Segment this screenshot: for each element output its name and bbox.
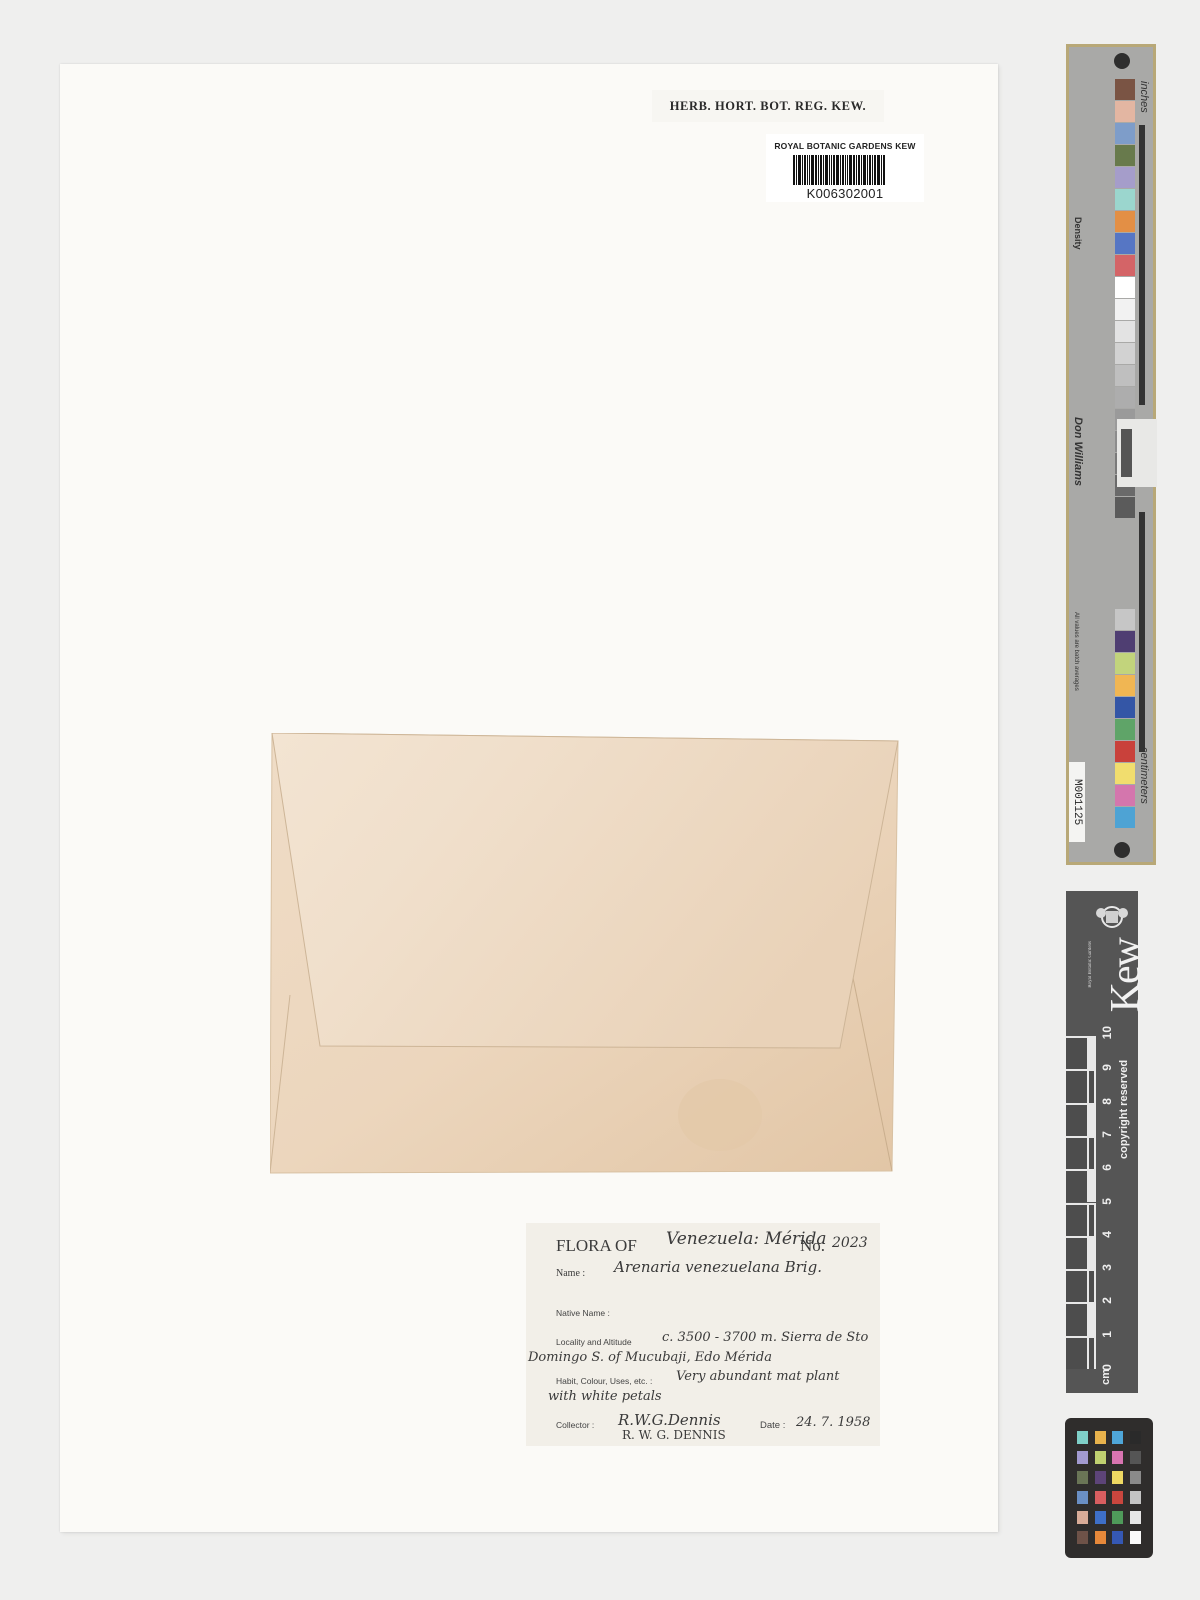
- ruler-color-patch: [1115, 321, 1135, 342]
- collector-label: Collector :: [556, 1420, 594, 1430]
- scale-strip-dark: [1089, 1205, 1094, 1236]
- number-value: 2023: [832, 1235, 868, 1251]
- ruler-color-patch: [1115, 631, 1135, 652]
- scale-block: [1066, 1236, 1087, 1269]
- kew-subtitle: Royal Botanic Gardens: [1088, 941, 1093, 988]
- ruler-color-patch: [1115, 101, 1135, 122]
- scale-block: [1066, 1169, 1087, 1202]
- color-swatch: [1112, 1491, 1123, 1504]
- color-swatch: [1130, 1531, 1141, 1544]
- ruler-color-patch: [1115, 807, 1135, 828]
- color-swatch: [1112, 1511, 1123, 1524]
- scale-digit: 8: [1100, 1098, 1116, 1105]
- ruler-color-patch: [1115, 299, 1135, 320]
- color-swatch: [1077, 1431, 1088, 1444]
- flora-of-heading: FLORA OF: [556, 1236, 637, 1256]
- ruler-color-patch: [1115, 653, 1135, 674]
- collection-label: FLORA OF Venezuela: Mérida No. 2023 Name…: [526, 1223, 880, 1446]
- scale-block: [1066, 1069, 1087, 1102]
- barcode-number: K006302001: [807, 186, 884, 201]
- scale-strip: [1087, 1236, 1096, 1269]
- scale-digit: 1: [1100, 1331, 1116, 1338]
- ruler-color-patch: [1115, 211, 1135, 232]
- scale-strip: [1087, 1302, 1096, 1335]
- scale-strip-dark: [1089, 1271, 1094, 1302]
- scale-block: [1066, 1136, 1087, 1169]
- habit-label: Habit, Colour, Uses, etc. :: [556, 1376, 652, 1386]
- locality-value-1: c. 3500 - 3700 m. Sierra de Sto: [662, 1330, 868, 1345]
- ruler-color-patch: [1115, 79, 1135, 100]
- scale-strip-dark: [1089, 1138, 1094, 1169]
- scale-block: [1066, 1269, 1087, 1302]
- color-swatch: [1095, 1451, 1106, 1464]
- scale-digit: 4: [1100, 1231, 1116, 1238]
- ruler-hole-icon: [1114, 53, 1130, 69]
- scale-digit: 9: [1100, 1064, 1116, 1071]
- ruler-color-patch: [1115, 741, 1135, 762]
- name-label: Name :: [556, 1268, 585, 1279]
- scale-unit: cm: [1100, 1369, 1116, 1385]
- barcode-institution: ROYAL BOTANIC GARDENS KEW: [774, 141, 915, 151]
- ruler-note-text: All values are batch averages: [1073, 612, 1079, 691]
- scale-block: [1066, 1103, 1087, 1136]
- collector-signature: R.W.G.Dennis: [618, 1411, 721, 1429]
- ruler-color-patch: [1115, 145, 1135, 166]
- ruler-color-patch: [1115, 255, 1135, 276]
- color-swatch: [1130, 1491, 1141, 1504]
- ruler-grey-wedge: [1117, 419, 1157, 487]
- color-swatch: [1112, 1471, 1123, 1484]
- ruler-color-patch: [1115, 675, 1135, 696]
- ruler-cm-scale: [1139, 512, 1145, 752]
- scale-strip: [1087, 1036, 1096, 1069]
- ruler-inch-scale: [1139, 125, 1145, 405]
- copyright-text: copyright reserved: [1118, 1039, 1130, 1159]
- color-swatch: [1130, 1431, 1141, 1444]
- habit-value-1: Very abundant mat plant: [676, 1369, 839, 1384]
- date-label: Date :: [760, 1420, 785, 1431]
- color-swatch: [1095, 1511, 1106, 1524]
- scale-digit: 7: [1100, 1131, 1116, 1138]
- ruler-code: M001125: [1069, 762, 1085, 842]
- color-swatch: [1130, 1471, 1141, 1484]
- scale-strip: [1087, 1103, 1096, 1136]
- color-swatch: [1112, 1451, 1123, 1464]
- ruler-hole-icon: [1114, 842, 1130, 858]
- ruler-color-patch: [1115, 785, 1135, 806]
- color-swatch: [1112, 1531, 1123, 1544]
- number-label: No.: [800, 1236, 825, 1256]
- barcode-icon: [793, 155, 897, 185]
- scale-strip: [1087, 1169, 1096, 1202]
- locality-value-2: Domingo S. of Mucubaji, Edo Mérida: [528, 1350, 772, 1365]
- scale-digit: 5: [1100, 1198, 1116, 1205]
- ruler-density-text: Density: [1073, 217, 1083, 250]
- color-checker-card: [1065, 1418, 1153, 1558]
- scale-block: [1066, 1336, 1087, 1369]
- scale-strip-dark: [1089, 1071, 1094, 1102]
- ruler-color-patch: [1115, 343, 1135, 364]
- ruler-inches-text: inches: [1138, 81, 1150, 113]
- habit-value-2: with white petals: [548, 1389, 662, 1404]
- color-density-ruler: inches centimeters Density Don Williams …: [1066, 44, 1156, 865]
- scale-strip-dark: [1089, 1338, 1094, 1369]
- scale-digit: 10: [1100, 1026, 1116, 1039]
- ruler-color-patch: [1115, 277, 1135, 298]
- ruler-color-patch: [1115, 123, 1135, 144]
- locality-label: Locality and Altitude: [556, 1337, 632, 1347]
- color-swatch: [1077, 1451, 1088, 1464]
- ruler-color-patch: [1115, 497, 1135, 518]
- color-swatch: [1077, 1491, 1088, 1504]
- kew-crest-icon: [1092, 899, 1132, 935]
- scale-digit: 2: [1100, 1297, 1116, 1304]
- color-swatch: [1095, 1491, 1106, 1504]
- native-name-label: Native Name :: [556, 1308, 610, 1318]
- ruler-color-patch: [1115, 233, 1135, 254]
- color-swatch: [1077, 1531, 1088, 1544]
- color-swatch: [1112, 1431, 1123, 1444]
- scale-block: [1066, 1302, 1087, 1335]
- ruler-centimeters-text: centimeters: [1138, 747, 1150, 804]
- color-swatch: [1095, 1531, 1106, 1544]
- taxon-name: Arenaria venezuelana Brig.: [614, 1258, 822, 1276]
- color-swatch: [1095, 1431, 1106, 1444]
- specimen-envelope[interactable]: [270, 733, 900, 1175]
- ruler-color-patch: [1115, 609, 1135, 630]
- ruler-color-patch: [1115, 763, 1135, 784]
- kew-scale-bar: Royal Botanic Gardens Kew copyright rese…: [1066, 891, 1138, 1393]
- ruler-color-patch: [1115, 365, 1135, 386]
- ruler-color-patch: [1115, 719, 1135, 740]
- ruler-color-patch: [1115, 167, 1135, 188]
- scale-block: [1066, 1203, 1087, 1236]
- collector-printed: R. W. G. DENNIS: [622, 1428, 726, 1442]
- ruler-color-patch: [1115, 189, 1135, 210]
- color-swatch: [1130, 1511, 1141, 1524]
- color-swatch: [1095, 1471, 1106, 1484]
- color-swatch: [1130, 1451, 1141, 1464]
- scale-digit: 3: [1100, 1264, 1116, 1271]
- ruler-color-patch: [1115, 697, 1135, 718]
- ruler-brand-text: Don Williams: [1072, 417, 1084, 486]
- date-value: 24. 7. 1958: [796, 1415, 870, 1430]
- scale-digit: 6: [1100, 1164, 1116, 1171]
- institution-stamp: HERB. HORT. BOT. REG. KEW.: [652, 90, 884, 122]
- ruler-color-patch: [1115, 387, 1135, 408]
- color-swatch: [1077, 1471, 1088, 1484]
- barcode-label: ROYAL BOTANIC GARDENS KEW K006302001: [766, 134, 924, 202]
- scale-block: [1066, 1036, 1087, 1069]
- color-swatch: [1077, 1511, 1088, 1524]
- kew-logo: Kew: [1102, 939, 1150, 1012]
